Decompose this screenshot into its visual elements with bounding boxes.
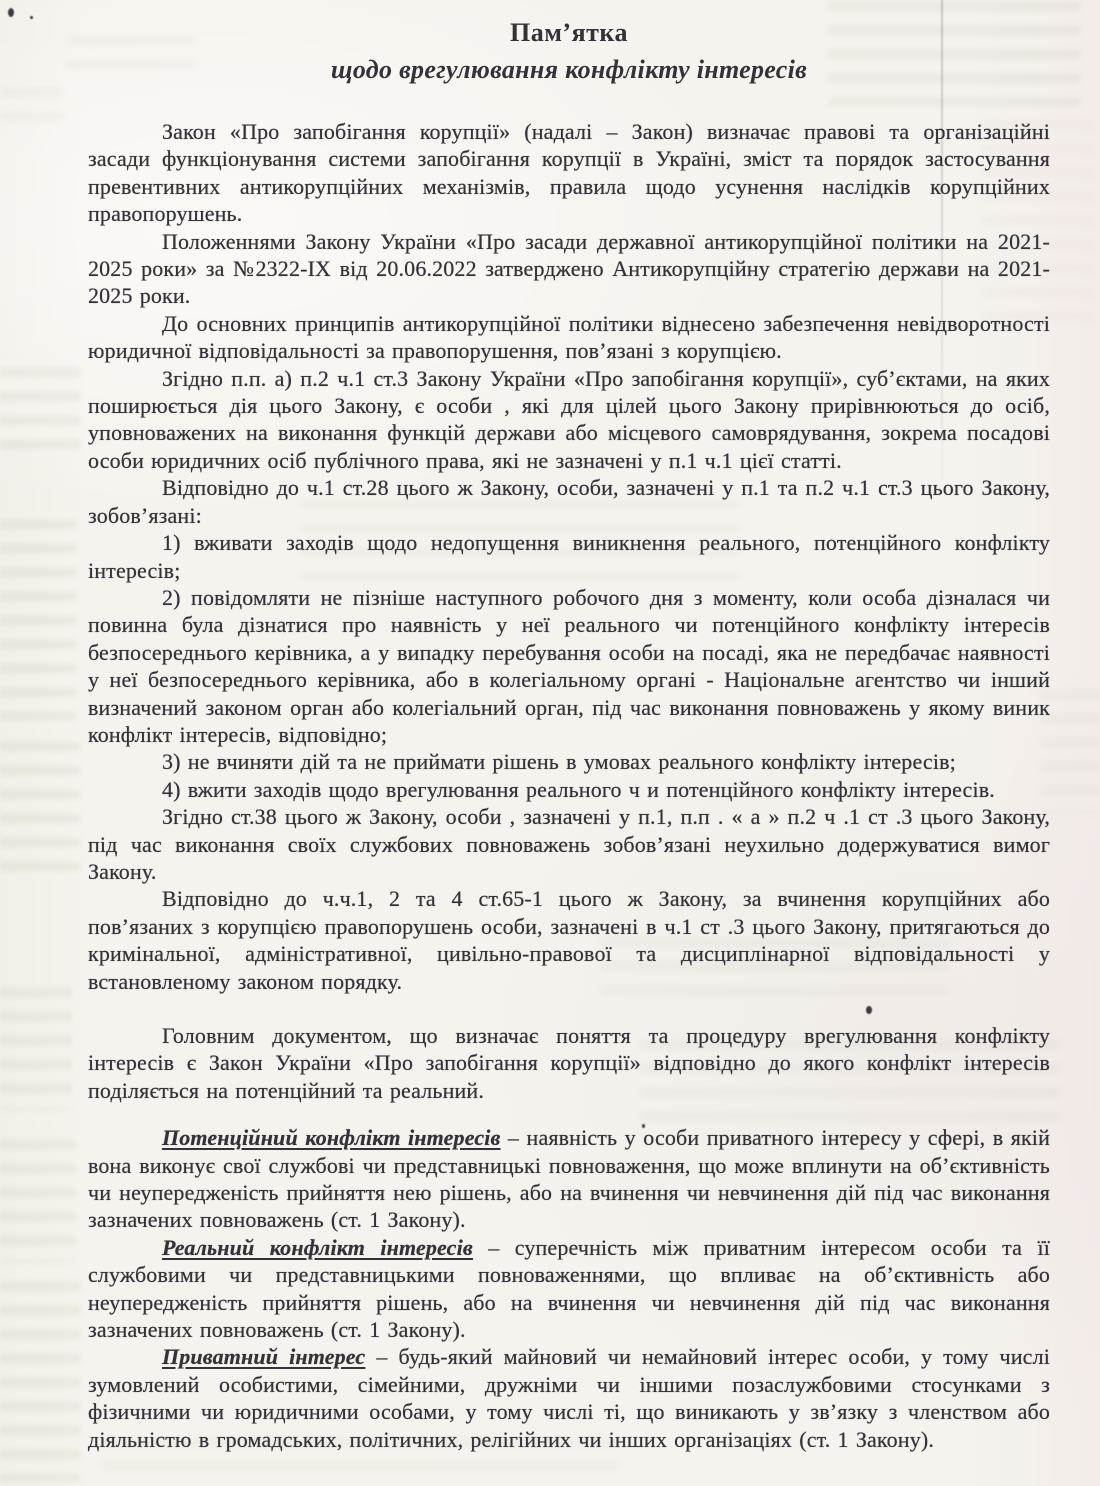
list-item-3: 3) не вчиняти дій та не приймати рішень …	[88, 748, 1050, 775]
definition-term: Потенційний конфлікт інтересів	[162, 1125, 500, 1150]
paragraph: Закон «Про запобігання корупції» (надалі…	[88, 118, 1050, 228]
paragraph: До основних принципів антикорупційної по…	[88, 310, 1050, 365]
paragraph: Положеннями Закону України «Про засади д…	[88, 228, 1050, 310]
document-subtitle: щодо врегулювання конфлікту інтересів	[88, 50, 1050, 90]
paragraph: Згідно ст.38 цього ж Закону, особи , заз…	[88, 803, 1050, 885]
list-item-2: 2) повідомляти не пізніше наступного роб…	[88, 584, 1050, 748]
paragraph: Відповідно до ч.ч.1, 2 та 4 ст.65-1 цьог…	[88, 885, 1050, 995]
document-title: Пам’ятка	[88, 16, 1050, 50]
definition-real-conflict: Реальний конфлікт інтересів – суперечніс…	[88, 1234, 1050, 1344]
list-item-4: 4) вжити заходів щодо врегулювання реаль…	[88, 776, 1050, 803]
paragraph: Відповідно до ч.1 ст.28 цього ж Закону, …	[88, 474, 1050, 529]
definition-term: Реальний конфлікт інтересів	[162, 1235, 473, 1260]
definition-term: Приватний інтерес	[162, 1344, 365, 1369]
document-content: Пам’ятка щодо врегулювання конфлікту інт…	[0, 0, 1100, 1453]
list-item-1: 1) вживати заходів щодо недопущення вини…	[88, 529, 1050, 584]
scanned-document-page: Пам’ятка щодо врегулювання конфлікту інт…	[0, 0, 1100, 1486]
definition-potential-conflict: Потенційний конфлікт інтересів – наявніс…	[88, 1124, 1050, 1234]
document-body: Закон «Про запобігання корупції» (надалі…	[88, 118, 1050, 1453]
definition-private-interest: Приватний інтерес – будь-який майновий ч…	[88, 1343, 1050, 1453]
paragraph: Згідно п.п. а) п.2 ч.1 ст.3 Закону Украї…	[88, 365, 1050, 475]
paragraph: Головним документом, що визначає поняття…	[88, 1022, 1050, 1104]
